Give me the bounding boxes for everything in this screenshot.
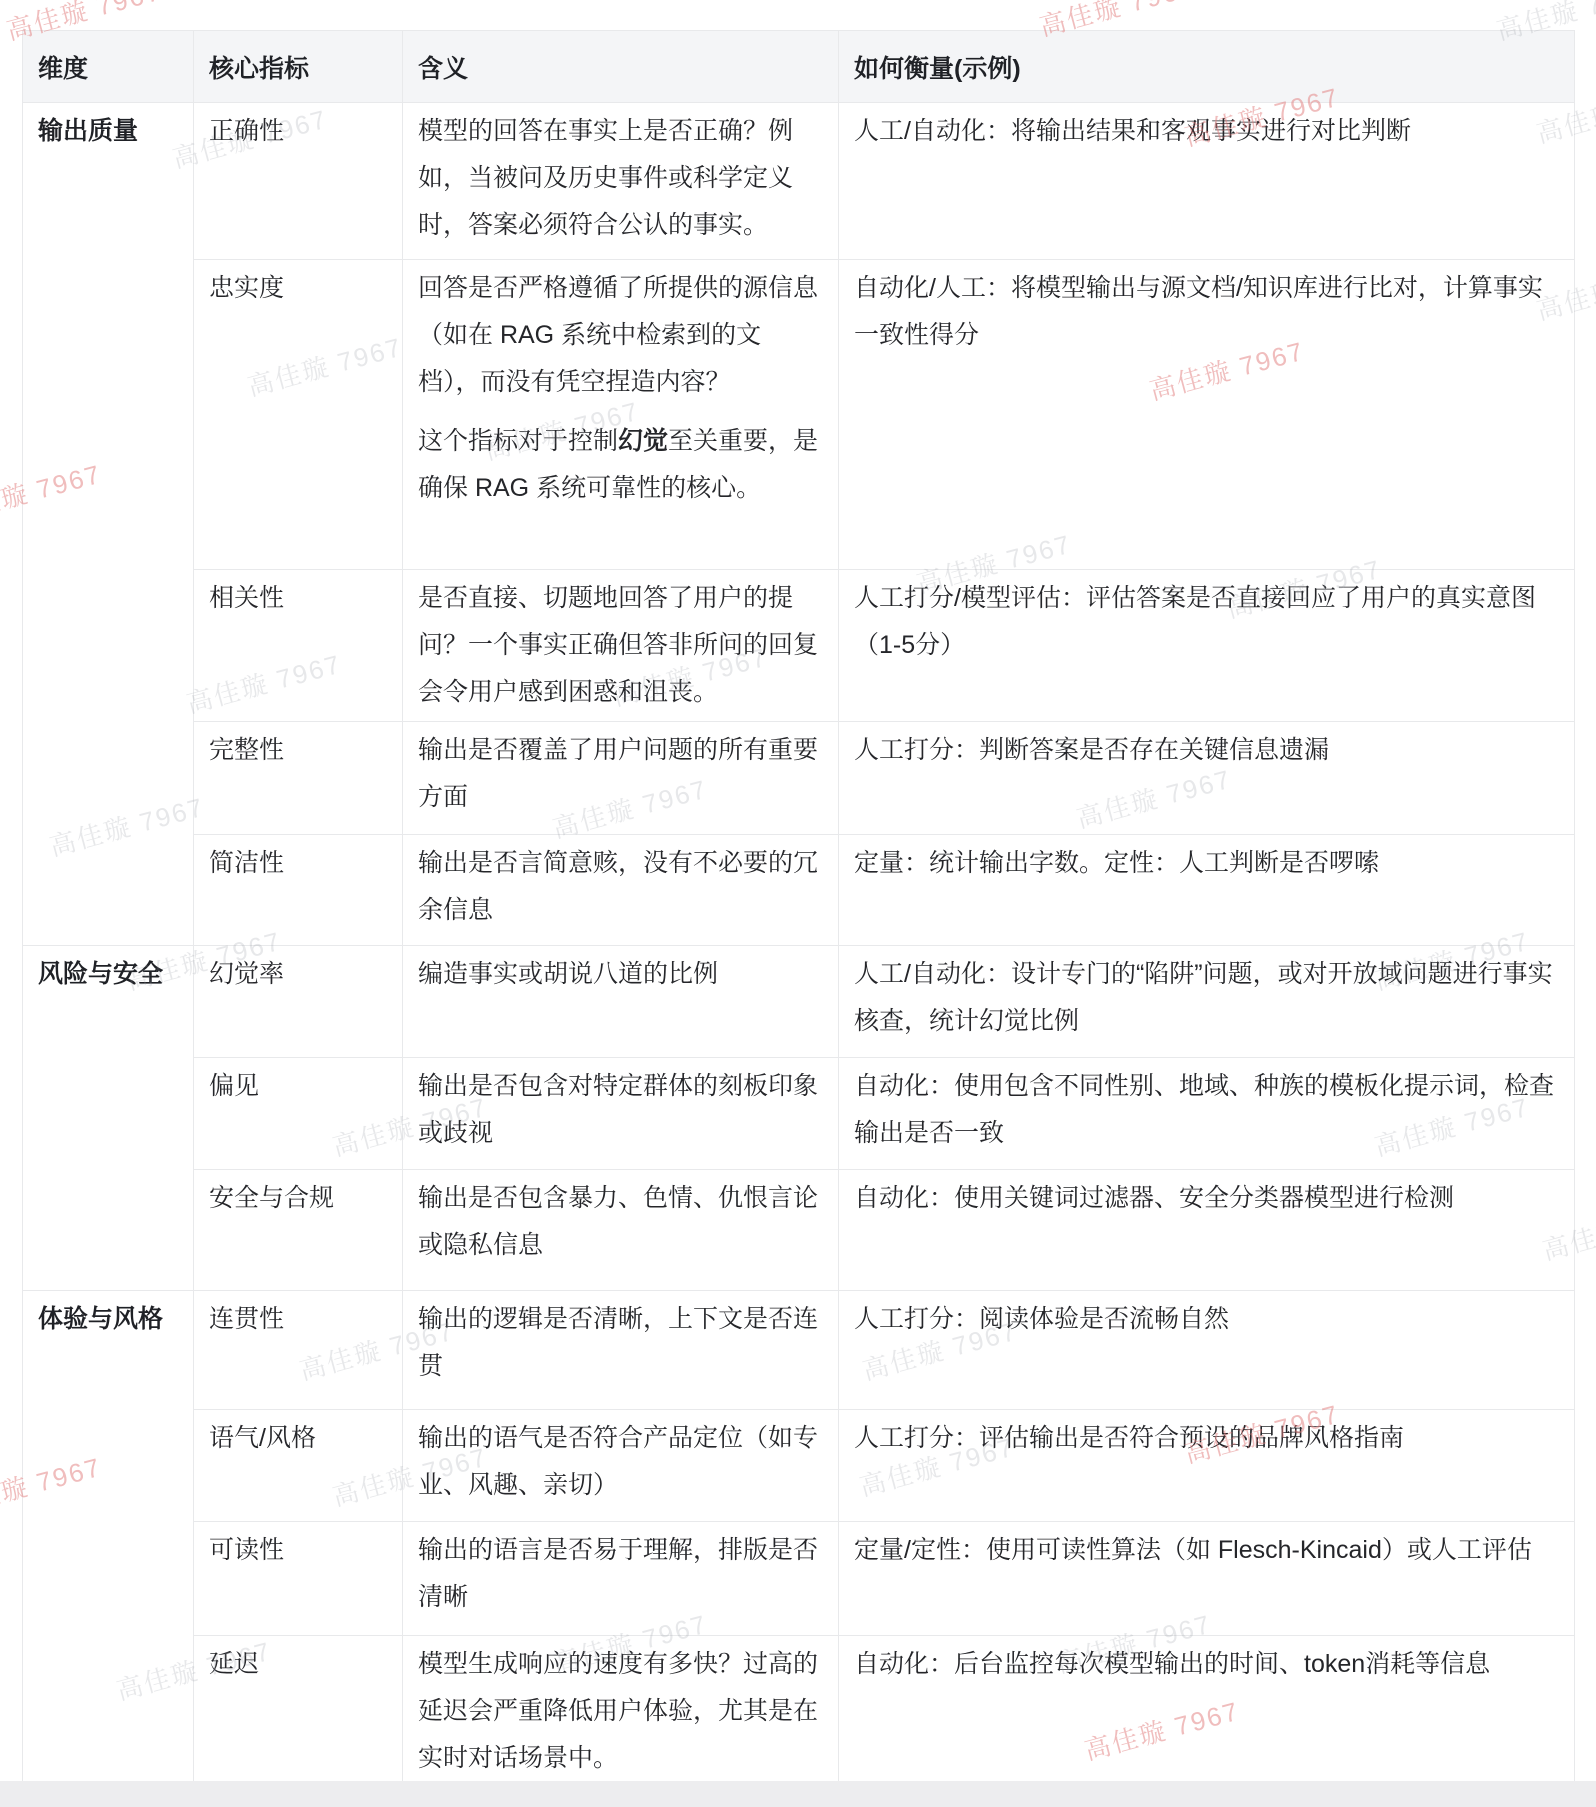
- meaning-cell: 编造事实或胡说八道的比例: [403, 946, 839, 1058]
- table-row: 完整性 输出是否覆盖了用户问题的所有重要方面 人工打分：判断答案是否存在关键信息…: [23, 722, 1575, 835]
- table-row: 输出质量 正确性 模型的回答在事实上是否正确？例如，当被问及历史事件或科学定义时…: [23, 103, 1575, 260]
- metric-cell: 延迟: [194, 1636, 403, 1791]
- header-cell-meaning: 含义: [403, 31, 839, 103]
- meaning-cell: 输出是否言简意赅，没有不必要的冗余信息: [403, 835, 839, 946]
- dimension-cell: 体验与风格: [23, 1291, 194, 1791]
- meaning-cell: 回答是否严格遵循了所提供的源信息（如在 RAG 系统中检索到的文档），而没有凭空…: [403, 260, 839, 570]
- metric-cell: 相关性: [194, 570, 403, 722]
- meaning-cell: 输出是否包含暴力、色情、仇恨言论或隐私信息: [403, 1170, 839, 1291]
- metric-cell: 忠实度: [194, 260, 403, 570]
- meaning-text: 这个指标对于控制: [418, 427, 618, 455]
- meaning-cell: 模型的回答在事实上是否正确？例如，当被问及历史事件或科学定义时，答案必须符合公认…: [403, 103, 839, 260]
- header-cell-dimension: 维度: [23, 31, 194, 103]
- table-row: 偏见 输出是否包含对特定群体的刻板印象或歧视 自动化：使用包含不同性别、地域、种…: [23, 1058, 1575, 1170]
- dimension-cell: 输出质量: [23, 103, 194, 946]
- measure-cell: 自动化：使用包含不同性别、地域、种族的模板化提示词，检查输出是否一致: [839, 1058, 1575, 1170]
- meaning-cell: 输出是否覆盖了用户问题的所有重要方面: [403, 722, 839, 835]
- table-row: 忠实度 回答是否严格遵循了所提供的源信息（如在 RAG 系统中检索到的文档），而…: [23, 260, 1575, 570]
- measure-cell: 人工/自动化：将输出结果和客观事实进行对比判断: [839, 103, 1575, 260]
- measure-cell: 人工打分：阅读体验是否流畅自然: [839, 1291, 1575, 1410]
- table-row: 体验与风格 连贯性 输出的逻辑是否清晰，上下文是否连贯 人工打分：阅读体验是否流…: [23, 1291, 1575, 1410]
- measure-cell: 定量/定性：使用可读性算法（如 Flesch-Kincaid）或人工评估: [839, 1522, 1575, 1636]
- meaning-paragraph: 这个指标对于控制幻觉至关重要，是确保 RAG 系统可靠性的核心。: [418, 418, 823, 512]
- metric-cell: 偏见: [194, 1058, 403, 1170]
- header-cell-measure: 如何衡量(示例): [839, 31, 1575, 103]
- header-row: 维度 核心指标 含义 如何衡量(示例): [23, 31, 1575, 103]
- evaluation-metrics-table: 维度 核心指标 含义 如何衡量(示例) 输出质量 正确性 模型的回答在事实上是否…: [22, 30, 1575, 1791]
- table-row: 可读性 输出的语言是否易于理解，排版是否清晰 定量/定性：使用可读性算法（如 F…: [23, 1522, 1575, 1636]
- metric-cell: 幻觉率: [194, 946, 403, 1058]
- measure-cell: 自动化：后台监控每次模型输出的时间、token消耗等信息: [839, 1636, 1575, 1791]
- meaning-cell: 输出的语言是否易于理解，排版是否清晰: [403, 1522, 839, 1636]
- table-row: 相关性 是否直接、切题地回答了用户的提问？一个事实正确但答非所问的回复会令用户感…: [23, 570, 1575, 722]
- measure-cell: 人工打分/模型评估：评估答案是否直接回应了用户的真实意图（1-5分）: [839, 570, 1575, 722]
- metric-cell: 连贯性: [194, 1291, 403, 1410]
- table-row: 风险与安全 幻觉率 编造事实或胡说八道的比例 人工/自动化：设计专门的“陷阱”问…: [23, 946, 1575, 1058]
- meaning-cell: 输出的语气是否符合产品定位（如专业、风趣、亲切）: [403, 1410, 839, 1522]
- table-row: 语气/风格 输出的语气是否符合产品定位（如专业、风趣、亲切） 人工打分：评估输出…: [23, 1410, 1575, 1522]
- measure-cell: 自动化/人工：将模型输出与源文档/知识库进行比对，计算事实一致性得分: [839, 260, 1575, 570]
- measure-cell: 人工打分：判断答案是否存在关键信息遗漏: [839, 722, 1575, 835]
- metric-cell: 简洁性: [194, 835, 403, 946]
- metric-cell: 可读性: [194, 1522, 403, 1636]
- measure-cell: 定量：统计输出字数。定性：人工判断是否啰嗦: [839, 835, 1575, 946]
- header-cell-metric: 核心指标: [194, 31, 403, 103]
- metric-cell: 完整性: [194, 722, 403, 835]
- table-row: 安全与合规 输出是否包含暴力、色情、仇恨言论或隐私信息 自动化：使用关键词过滤器…: [23, 1170, 1575, 1291]
- measure-cell: 人工打分：评估输出是否符合预设的品牌风格指南: [839, 1410, 1575, 1522]
- meaning-cell: 是否直接、切题地回答了用户的提问？一个事实正确但答非所问的回复会令用户感到困惑和…: [403, 570, 839, 722]
- meaning-cell: 输出是否包含对特定群体的刻板印象或歧视: [403, 1058, 839, 1170]
- meaning-bold-term: 幻觉: [618, 427, 668, 455]
- meaning-cell: 输出的逻辑是否清晰，上下文是否连贯: [403, 1291, 839, 1410]
- metric-cell: 正确性: [194, 103, 403, 260]
- metric-cell: 安全与合规: [194, 1170, 403, 1291]
- metric-cell: 语气/风格: [194, 1410, 403, 1522]
- measure-cell: 人工/自动化：设计专门的“陷阱”问题，或对开放域问题进行事实核查，统计幻觉比例: [839, 946, 1575, 1058]
- meaning-paragraph: 回答是否严格遵循了所提供的源信息（如在 RAG 系统中检索到的文档），而没有凭空…: [418, 265, 823, 406]
- dimension-cell: 风险与安全: [23, 946, 194, 1291]
- meaning-cell: 模型生成响应的速度有多快？过高的延迟会严重降低用户体验，尤其是在实时对话场景中。: [403, 1636, 839, 1791]
- table-row: 简洁性 输出是否言简意赅，没有不必要的冗余信息 定量：统计输出字数。定性：人工判…: [23, 835, 1575, 946]
- measure-cell: 自动化：使用关键词过滤器、安全分类器模型进行检测: [839, 1170, 1575, 1291]
- footer-strip: [0, 1781, 1596, 1807]
- table-row: 延迟 模型生成响应的速度有多快？过高的延迟会严重降低用户体验，尤其是在实时对话场…: [23, 1636, 1575, 1791]
